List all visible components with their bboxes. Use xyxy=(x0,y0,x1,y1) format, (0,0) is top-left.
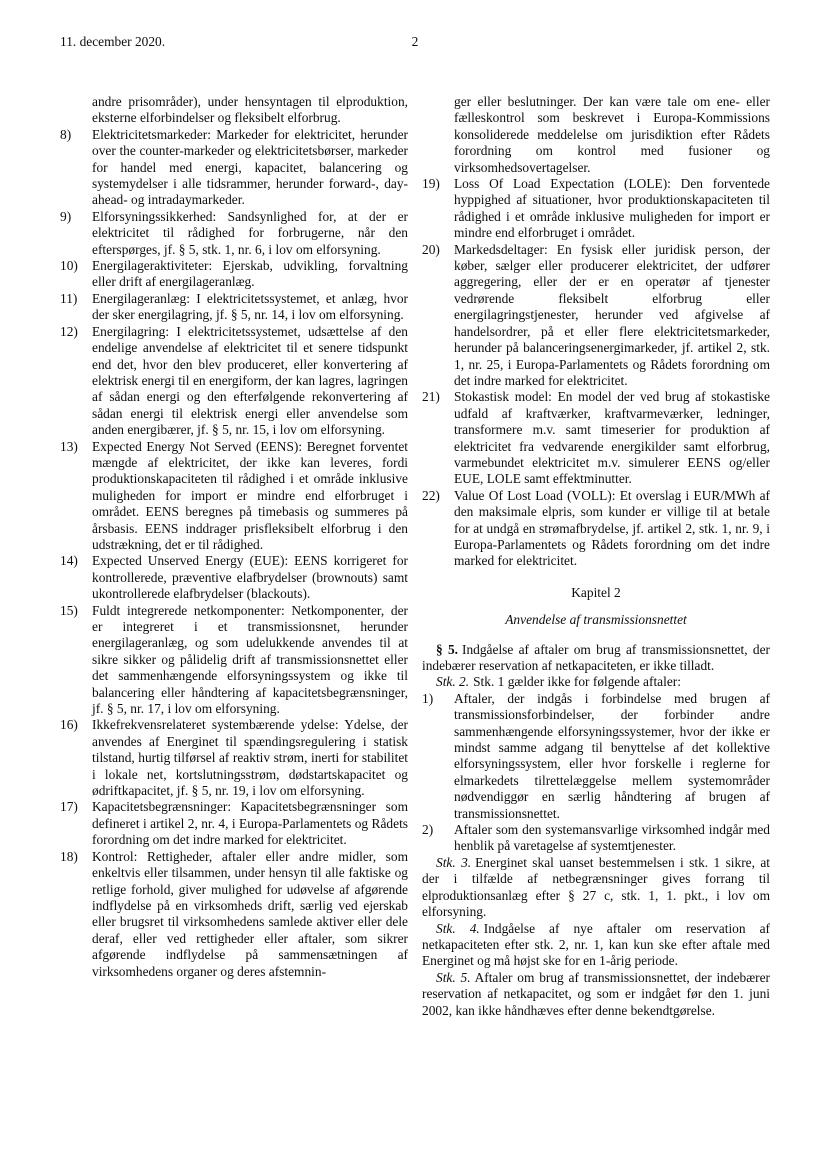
definition-item-12: 12) Energilagring: I elektricitetssystem… xyxy=(60,324,408,439)
definition-item-20: 20) Markedsdeltager: En fysisk eller jur… xyxy=(422,242,770,390)
stk-5-paragraph: Stk. 5.Aftaler om brug af transmissionsn… xyxy=(422,970,770,1019)
item-number: 21) xyxy=(422,389,454,487)
chapter-heading: Kapitel 2 xyxy=(422,585,770,601)
item-text: Fuldt integrerede netkomponenter: Netkom… xyxy=(92,603,408,718)
item-text: Stokastisk model: En model der ved brug … xyxy=(454,389,770,487)
definition-item-13: 13) Expected Energy Not Served (EENS): B… xyxy=(60,439,408,554)
item-number: 12) xyxy=(60,324,92,439)
definition-item-11: 11) Energilageranlæg: I elektricitetssys… xyxy=(60,291,408,324)
definition-item-18: 18) Kontrol: Rettigheder, aftaler eller … xyxy=(60,849,408,980)
definition-item-19: 19) Loss Of Load Expectation (LOLE): Den… xyxy=(422,176,770,242)
section-5-lead: § 5. xyxy=(436,642,458,657)
item-number: 2) xyxy=(422,822,454,855)
stk-3-lead: Stk. 3. xyxy=(436,855,471,870)
section-5-paragraph: § 5.Indgåelse af aftaler om brug af tran… xyxy=(422,642,770,675)
document-page: 11. december 2020. 2 andre prisområder),… xyxy=(0,0,827,1169)
definition-item-22: 22) Value Of Lost Load (VOLL): Et oversl… xyxy=(422,488,770,570)
definition-item-21: 21) Stokastisk model: En model der ved b… xyxy=(422,389,770,487)
definition-item-15: 15) Fuldt integrerede netkomponenter: Ne… xyxy=(60,603,408,718)
intro-continuation: andre prisområder), under hensyntagen ti… xyxy=(92,94,408,127)
item-number: 8) xyxy=(60,127,92,209)
item-text: Value Of Lost Load (VOLL): Et overslag i… xyxy=(454,488,770,570)
left-column: andre prisområder), under hensyntagen ti… xyxy=(60,94,408,1019)
item-number: 19) xyxy=(422,176,454,242)
item-number: 20) xyxy=(422,242,454,390)
stk-2-item-2: 2) Aftaler som den systemansvarlige virk… xyxy=(422,822,770,855)
item-number: 9) xyxy=(60,209,92,258)
item-text: Elektricitetsmarkeder: Markeder for elek… xyxy=(92,127,408,209)
chapter-subtitle: Anvendelse af transmissionsnettet xyxy=(422,612,770,628)
item-text: Elforsyningssikkerhed: Sandsynlighed for… xyxy=(92,209,408,258)
item-number: 18) xyxy=(60,849,92,980)
stk-2-text: Stk. 1 gælder ikke for følgende aftaler: xyxy=(473,674,681,689)
item-text: Kapacitetsbegrænsninger: Kapacitetsbegræ… xyxy=(92,799,408,848)
item-number: 13) xyxy=(60,439,92,554)
item-number: 16) xyxy=(60,717,92,799)
item-number: 1) xyxy=(422,691,454,822)
item-text: Markedsdeltager: En fysisk eller juridis… xyxy=(454,242,770,390)
item-number: 22) xyxy=(422,488,454,570)
item-number: 15) xyxy=(60,603,92,718)
item-text: Expected Energy Not Served (EENS): Bereg… xyxy=(92,439,408,554)
item-text: Aftaler som den systemansvarlige virksom… xyxy=(454,822,770,855)
stk-5-text: Aftaler om brug af transmissionsnettet, … xyxy=(422,970,770,1018)
definition-item-17: 17) Kapacitetsbegrænsninger: Kapacitetsb… xyxy=(60,799,408,848)
section-5-text: Indgåelse af aftaler om brug af transmis… xyxy=(422,642,770,673)
item-text: Aftaler, der indgås i forbindelse med br… xyxy=(454,691,770,822)
stk-3-paragraph: Stk. 3.Energinet skal uanset bestemmelse… xyxy=(422,855,770,921)
definition-item-14: 14) Expected Unserved Energy (EUE): EENS… xyxy=(60,553,408,602)
item-18-continuation: ger eller beslutninger. Der kan være tal… xyxy=(454,94,770,176)
definition-item-16: 16) Ikkefrekvensrelateret systembærende … xyxy=(60,717,408,799)
definition-item-8: 8) Elektricitetsmarkeder: Markeder for e… xyxy=(60,127,408,209)
stk-4-lead: Stk. 4. xyxy=(436,921,480,936)
item-number: 11) xyxy=(60,291,92,324)
stk-4-paragraph: Stk. 4.Indgåelse af nye aftaler om reser… xyxy=(422,921,770,970)
item-text: Expected Unserved Energy (EUE): EENS kor… xyxy=(92,553,408,602)
stk-3-text: Energinet skal uanset bestemmelsen i stk… xyxy=(422,855,770,919)
right-column: ger eller beslutninger. Der kan være tal… xyxy=(422,94,770,1019)
stk-2-lead: Stk. 2. xyxy=(436,674,469,689)
item-number: 17) xyxy=(60,799,92,848)
two-column-body: andre prisområder), under hensyntagen ti… xyxy=(60,94,770,1019)
page-number: 2 xyxy=(60,34,770,50)
item-number: 10) xyxy=(60,258,92,291)
item-text: Loss Of Load Expectation (LOLE): Den for… xyxy=(454,176,770,242)
definition-item-10: 10) Energilageraktiviteter: Ejerskab, ud… xyxy=(60,258,408,291)
item-text: Energilageraktiviteter: Ejerskab, udvikl… xyxy=(92,258,408,291)
definition-item-9: 9) Elforsyningssikkerhed: Sandsynlighed … xyxy=(60,209,408,258)
item-text: Energilagring: I elektricitetssystemet, … xyxy=(92,324,408,439)
item-text: Energilageranlæg: I elektricitetssysteme… xyxy=(92,291,408,324)
stk-2-item-1: 1) Aftaler, der indgås i forbindelse med… xyxy=(422,691,770,822)
item-number: 14) xyxy=(60,553,92,602)
stk-5-lead: Stk. 5. xyxy=(436,970,471,985)
stk-2-paragraph: Stk. 2.Stk. 1 gælder ikke for følgende a… xyxy=(422,674,770,690)
item-text: Kontrol: Rettigheder, aftaler eller andr… xyxy=(92,849,408,980)
item-text: Ikkefrekvensrelateret systembærende ydel… xyxy=(92,717,408,799)
